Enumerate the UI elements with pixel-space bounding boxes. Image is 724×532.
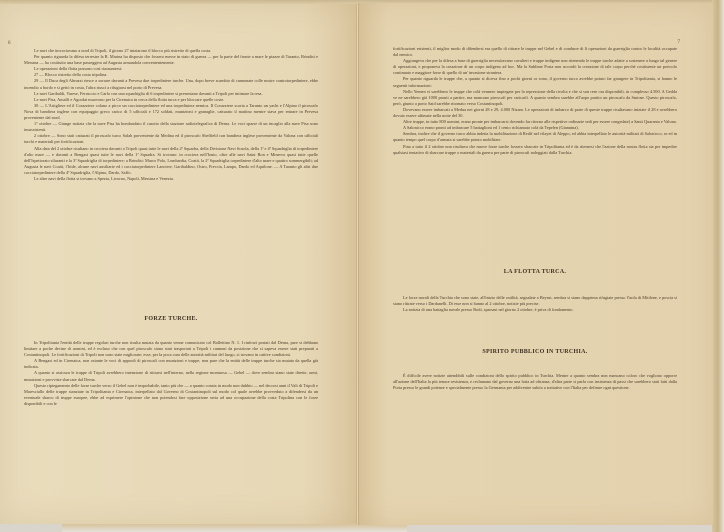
paragraph: Alla data del 2 ottobre risultano in cro…	[24, 146, 318, 176]
paragraph: Aggiungeva che per la difesa a base di g…	[393, 58, 677, 76]
paragraph: A Bengasi ed in Cirenaica, non ostante l…	[24, 358, 318, 370]
paragraph: Per quanto riguarda la difesa terrestre …	[24, 54, 318, 66]
paragraph: Dovevano essere imbarcati a Medua nei gi…	[393, 107, 677, 119]
paragraph: A quanto si assicura le truppe di Tripol…	[24, 370, 318, 382]
paragraph: 30 — L'Artigliere ed il Corazziere colan…	[24, 103, 318, 121]
paragraph: Sembra, inoltre che il governo turco abb…	[393, 131, 677, 143]
right-page-number: 7	[678, 40, 681, 45]
heading-forze-turche: FORZE TURCHE.	[24, 316, 318, 322]
paragraph: Per quanto riguarda le truppe che, a qua…	[393, 76, 677, 88]
paragraph: 1° ottobre — Giunge notizia che la nave …	[24, 121, 318, 133]
right-page: 7 fortificazioni esistenti, il miglior m…	[358, 3, 713, 525]
paragraph: 2 ottobre — Sono stati catturati il piro…	[24, 133, 318, 145]
left-page-forze-turche-text: In Tripolitania l'entità delle truppe re…	[24, 340, 318, 407]
paragraph: Le forze navali della Turchia che sono s…	[393, 295, 677, 307]
paragraph: In Tripolitania l'entità delle truppe re…	[24, 340, 318, 358]
right-page-flotta-turca-text: Le forze navali della Turchia che sono s…	[393, 295, 677, 313]
left-page: 6 Le navi che incrociavano a nord di Tri…	[0, 4, 357, 524]
right-page-spirito-pubblico-text: È difficile avere notizie attendibili su…	[393, 373, 677, 391]
left-page-naval-operations-text: Le navi che incrociavano a nord di Tripo…	[24, 48, 318, 182]
paragraph: La notizia di una battaglia navale press…	[393, 307, 677, 313]
heading-spirito-pubblico: SPIRITO PUBBLICO IN TURCHIA.	[393, 349, 677, 355]
heading-la-flotta-turca: LA FLOTTA TURCA.	[393, 269, 677, 275]
page-stack-right-edge	[712, 0, 724, 532]
left-page-number: 6	[8, 41, 11, 46]
paragraph: Le altre navi della flotta si trovano a …	[24, 176, 318, 182]
page-stack-bottom-edge	[62, 524, 407, 532]
book-spread: 6 Le navi che incrociavano a nord di Tri…	[0, 0, 724, 532]
paragraph: Questo ripiegamento delle forze turche v…	[24, 383, 318, 407]
right-page-turkish-troops-text: fortificazioni esistenti, il miglior mod…	[393, 46, 677, 156]
paragraph: Fino a tutto il 2 ottobre non risultava …	[393, 144, 677, 156]
paragraph: È difficile avere notizie attendibili su…	[393, 373, 677, 391]
paragraph: Nello Yemen vi sarebbero le truppe che c…	[393, 89, 677, 107]
paragraph: 29 — Il Duca degli Abruzzi riesce a sorr…	[24, 78, 318, 90]
paragraph: fortificazioni esistenti, il miglior mod…	[393, 46, 677, 58]
